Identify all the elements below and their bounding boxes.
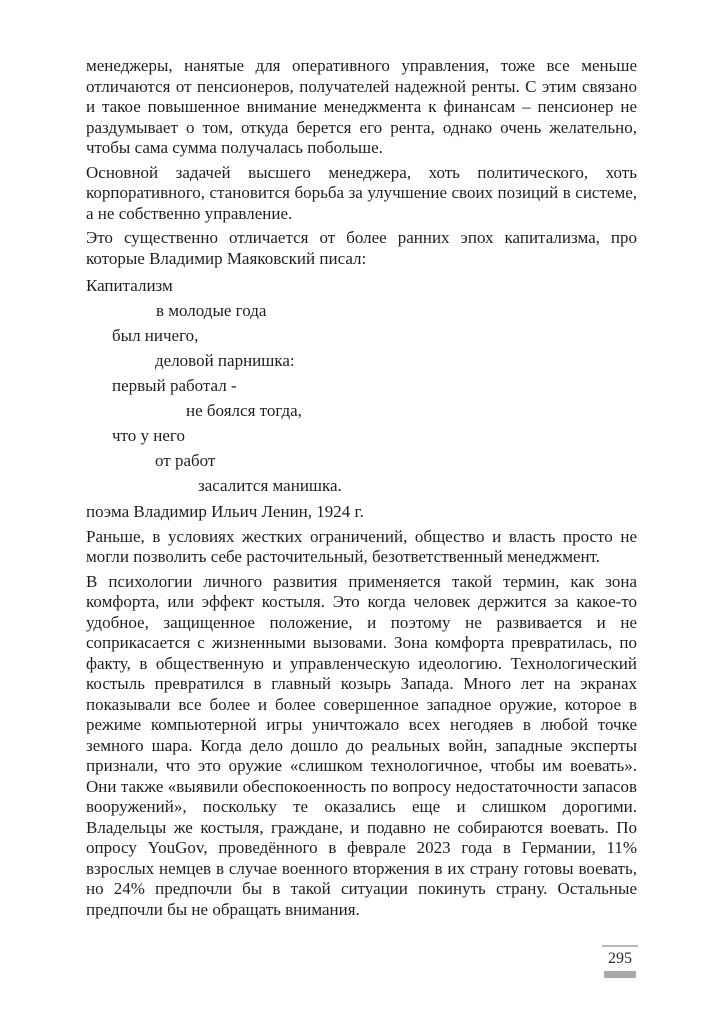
poem-line: был ничего, [112, 323, 637, 348]
poem-line: деловой парнишка: [155, 348, 637, 373]
book-page: менеджеры, нанятые для оперативного упра… [0, 0, 725, 1024]
poem-line: засалится манишка. [198, 473, 637, 498]
poem-attribution: поэма Владимир Ильич Ленин, 1924 г. [86, 502, 637, 523]
page-number: 295 [602, 948, 638, 970]
poem-line: первый работал - [112, 373, 637, 398]
page-text: менеджеры, нанятые для оперативного упра… [86, 56, 637, 924]
paragraph-strict-limits: Раньше, в условиях жестких ограничений, … [86, 527, 637, 568]
page-footer: 295 [602, 945, 638, 978]
footer-top-rule [602, 945, 638, 947]
poem-line: в молодые года [156, 298, 637, 323]
paragraph-comfort-zone: В психологии личного развития применяетс… [86, 572, 637, 921]
paragraph-managers-rent: менеджеры, нанятые для оперативного упра… [86, 56, 637, 159]
poem-line: что у него [112, 423, 637, 448]
poem-line: Капитализм [86, 273, 637, 298]
paragraph-top-manager-task: Основной задачей высшего менеджера, хоть… [86, 163, 637, 225]
poem-line: от работ [155, 448, 637, 473]
poem-mayakovsky: Капитализм в молодые года был ничего, де… [86, 273, 637, 498]
paragraph-mayakovsky-intro: Это существенно отличается от более ранн… [86, 228, 637, 269]
footer-bottom-bar [604, 971, 636, 978]
poem-line: не боялся тогда, [186, 398, 637, 423]
